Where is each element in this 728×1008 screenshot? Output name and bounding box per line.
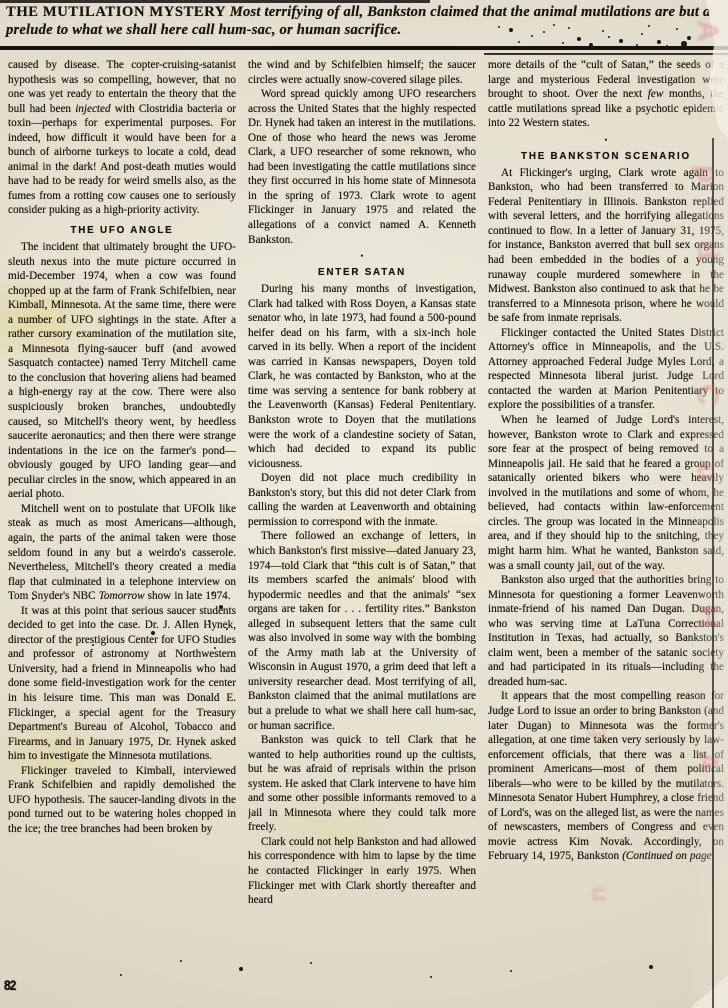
header-divider-rule [0,46,728,50]
ink-speckles-bottom [180,960,182,962]
page-number: 82 [4,977,16,993]
ornament-dot: • [248,252,476,260]
article-paragraph: It was at this point that serious saucer… [8,604,236,764]
article-paragraph: Flickinger traveled to Kimball, intervie… [8,764,236,837]
article-paragraph: caused by disease. The copter-cruising-s… [8,58,236,218]
article-masthead: THE MUTILATION MYSTERY Most terrifying o… [6,3,722,39]
article-column-1: caused by disease. The copter-cruising-s… [8,58,236,978]
article-paragraph: Doyen did not place much credibility in … [248,471,476,529]
article-paragraph: the wind and by Schifelbien himself; the… [248,58,476,87]
scan-right-edge-line [712,138,714,1008]
section-heading: THE UFO ANGLE [8,225,236,236]
scan-right-fade [688,56,728,1008]
article-paragraph: The incident that ultimately brought the… [8,240,236,502]
column-divider-rule [484,53,728,55]
section-heading: ENTER SATAN [248,267,476,278]
article-paragraph: During his many months of investigation,… [248,282,476,471]
scanned-article-page: THE MUTILATION MYSTERY Most terrifying o… [0,0,728,1008]
article-paragraph: There followed an exchange of letters, i… [248,529,476,733]
article-paragraph: Bankston was quick to tell Clark that he… [248,733,476,835]
article-column-2: the wind and by Schifelbien himself; the… [248,58,476,978]
article-paragraph: Word spread quickly among UFO researcher… [248,87,476,247]
article-body: caused by disease. The copter-cruising-s… [8,58,724,978]
article-paragraph: Clark could not help Bankston and had al… [248,835,476,908]
ink-speckles-header [498,26,500,28]
article-paragraph: Mitchell went on to postulate that UFOlk… [8,502,236,604]
ink-speckles-middle [212,592,214,594]
article-title: THE MUTILATION MYSTERY [6,4,226,20]
